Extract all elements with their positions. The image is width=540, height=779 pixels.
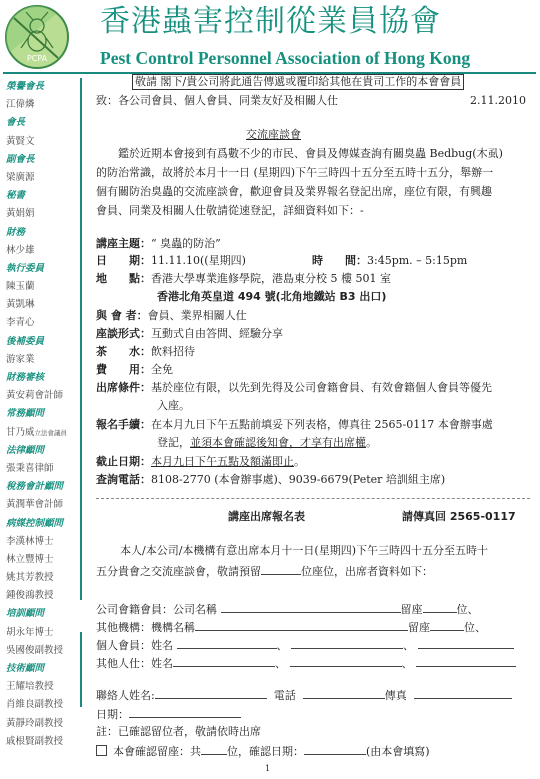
committee-member: 李漢林博士 [6, 533, 80, 551]
company-seats-unit: 位、 [457, 603, 479, 616]
member-name: 胡永年博士 [6, 627, 54, 638]
form-title: 講座出席報名表 [228, 510, 305, 524]
separator: 、 [277, 639, 288, 652]
committee-member: 梁廣源 [6, 169, 80, 187]
individual-name-field-3[interactable] [418, 637, 514, 649]
role-title: 榮譽會長 [6, 81, 44, 92]
format-value: 互動式自由答問、經驗分享 [151, 327, 283, 340]
member-name: 梁廣源 [6, 172, 35, 183]
fee-value: 全免 [151, 363, 173, 376]
member-name: 李青心 [6, 317, 35, 328]
deadline-period: 。 [294, 455, 305, 468]
format-label: 座談形式： [96, 327, 151, 341]
form-intro-line-2-end: 位座位，出席者資料如下： [301, 565, 433, 578]
body-line-3: 個有關防治臭蟲的交流座談會，歡迎會員及業界報名登記出席，座位有限，有興趣 [96, 185, 492, 199]
letter-date: 2.11.2010 [470, 94, 526, 108]
member-name: 陳玉蘭 [6, 281, 35, 292]
committee-member: 江偉燐 [6, 96, 80, 114]
role-title: 法律顧問 [6, 445, 44, 456]
svg-text:PCPA: PCPA [27, 54, 48, 63]
committee-member: 張秉喜律師 [6, 460, 80, 478]
refreshment-value: 飲料招待 [151, 345, 195, 358]
committee-member: 肖維良副教授 [6, 696, 80, 714]
attendees-label: 與 會 者： [96, 309, 148, 323]
fax-back-number: 請傳真回 2565-0117 [402, 510, 516, 524]
other-name-field-3[interactable] [416, 655, 516, 667]
procedure-period: 。 [366, 436, 377, 449]
committee-member: 王耀培教授 [6, 678, 80, 696]
committee-role: 榮譽會長 [6, 78, 80, 96]
role-title: 財務 [6, 227, 25, 238]
member-name: 甘乃威 [6, 427, 35, 438]
procedure-value: 在本月九日下午五點前填妥下列表格，傳真往 2565-0117 本會辦事處 [151, 418, 493, 431]
role-title: 技術顧問 [6, 663, 44, 674]
committee-role: 會長 [6, 114, 80, 132]
committee-member: 游家業 [6, 351, 80, 369]
member-name: 吳國俊副教授 [6, 645, 63, 656]
org-name-field[interactable] [195, 619, 408, 631]
deadline-value: 本月九日下午五點及額滿即止 [151, 455, 294, 468]
fax-field[interactable] [414, 687, 512, 699]
other-person-label: 其他人仕：姓名 [96, 657, 173, 670]
confirmation-label: 本會確認留座：共 [113, 745, 201, 758]
procedure-value-cont: 登記， [157, 436, 190, 449]
time-label: 時 間： [312, 254, 367, 268]
body-line-4: 會員、同業及相關人仕敬請從速登記，詳細資料如下：- [96, 204, 364, 218]
date-value: 11.11.10((星期四) [151, 254, 246, 267]
role-title: 常務顧問 [6, 408, 44, 419]
member-name: 肖維良副教授 [6, 699, 63, 710]
individual-name-field-2[interactable] [291, 637, 403, 649]
role-title: 後補委員 [6, 336, 44, 347]
topic-value: “ 臭蟲的防治” [151, 237, 221, 250]
sidebar-divider-lower [80, 632, 82, 707]
org-seats-label: 留座 [408, 621, 430, 634]
member-name: 游家業 [6, 354, 35, 365]
confirmation-required-note: 並須本會確認後知會，才享有出席權 [190, 436, 366, 449]
confirmation-checkbox[interactable] [96, 745, 107, 756]
committee-role: 培訓顧問 [6, 605, 80, 623]
organization-name-chinese: 香港蟲害控制從業員協會 [100, 4, 441, 40]
contact-name-field[interactable] [155, 687, 267, 699]
time-value: 3:45pm. – 5:15pm [367, 254, 467, 267]
committee-role: 執行委員 [6, 260, 80, 278]
form-intro-line-1: 本人/本公司/本機構有意出席本月十一日(星期四)下午三時四十五分至五時十 [120, 544, 488, 558]
member-name: 黃潤華會計師 [6, 499, 63, 510]
committee-role: 病媒控制顧問 [6, 515, 80, 533]
role-title: 執行委員 [6, 263, 44, 274]
deadline-label: 截止日期： [96, 455, 151, 469]
committee-member: 吳國俊副教授 [6, 642, 80, 660]
contact-name-label: 聯絡人姓名: [96, 689, 155, 702]
role-title: 會長 [6, 117, 25, 128]
committee-member: 甘乃威立法會議員 [6, 424, 80, 442]
venue-address: 香港北角英皇道 494 號(北角地鐵站 B3 出口) [157, 290, 386, 304]
form-date-field[interactable] [129, 706, 241, 718]
office-use-note: (由本會填寫) [366, 745, 430, 758]
company-seats-label: 留座 [401, 603, 423, 616]
phone-label: 電話 [274, 689, 296, 702]
individual-name-field-1[interactable] [177, 637, 277, 649]
committee-member: 黃賢文 [6, 133, 80, 151]
committee-role: 後補委員 [6, 333, 80, 351]
role-title: 培訓顧問 [6, 608, 44, 619]
role-title: 稅務會計顧問 [6, 481, 63, 492]
condition-value: 基於座位有限，以先到先得及公司會籍會員、有效會籍個人會員等優先 [151, 381, 492, 394]
committee-role: 常務顧問 [6, 405, 80, 423]
organization-name-english: Pest Control Personnel Association of Ho… [100, 48, 470, 69]
member-name: 黃賢文 [6, 136, 35, 147]
role-title: 副會長 [6, 154, 35, 165]
forwarding-notice: 敬請 閣下/貴公司將此通告傳遞或覆印給其他在貴司工作的本會會員 [132, 74, 464, 90]
committee-role: 財務審核 [6, 369, 80, 387]
seats-reserved-field[interactable] [261, 563, 301, 575]
committee-member: 黃凱琳 [6, 296, 80, 314]
committee-role: 技術顧問 [6, 660, 80, 678]
separator: 、 [403, 639, 414, 652]
confirmed-seats-field[interactable] [201, 743, 227, 755]
role-title: 秘書 [6, 190, 25, 201]
member-name: 張秉喜律師 [6, 463, 54, 474]
member-name: 林立豐博士 [6, 554, 54, 565]
fee-label: 費 用： [96, 363, 151, 377]
confirmation-date-field[interactable] [304, 743, 366, 755]
recipients: 致：各公司會員、個人會員、同業友好及相關人仕 [96, 94, 338, 108]
other-name-field-1[interactable] [173, 655, 275, 667]
committee-member: 鍾俊鴻教授 [6, 587, 80, 605]
org-seats-unit: 位、 [464, 621, 486, 634]
committee-role: 法律顧問 [6, 442, 80, 460]
procedure-label: 報名手續： [96, 418, 151, 432]
company-name-field[interactable] [221, 601, 401, 613]
member-name: 姚其芳教授 [6, 572, 54, 583]
venue-value: 香港大學專業進修學院，港島東分校 5 樓 501 室 [151, 272, 391, 285]
body-line-1: 鑑於近期本會接到有爲數不少的市民、會員及傳媒查詢有關臭蟲 Bedbug(木虱) [118, 147, 503, 161]
company-seats-field[interactable] [423, 601, 457, 613]
member-name: 王耀培教授 [6, 681, 54, 692]
role-title: 病媒控制顧問 [6, 518, 63, 529]
committee-role: 副會長 [6, 151, 80, 169]
separator: 、 [402, 657, 413, 670]
form-intro-line-2: 五分貴會之交流座談會，敬請預留 [96, 565, 261, 578]
member-name: 林少雄 [6, 245, 35, 256]
condition-value-cont: 入座。 [157, 399, 190, 413]
member-name: 黃娟娟 [6, 208, 35, 219]
committee-member: 陳玉蘭 [6, 278, 80, 296]
body-line-2: 的防治常識，故將於本月十一日 (星期四)下午三時四十五分至五時十五分，舉辦一 [96, 166, 493, 180]
member-title-suffix: 立法會議員 [35, 429, 68, 437]
venue-label: 地 點： [96, 272, 151, 286]
committee-sidebar: 榮譽會長江偉燐會長黃賢文副會長梁廣源秘書黃娟娟財務林少雄執行委員陳玉蘭黃凱琳李青… [6, 78, 80, 751]
condition-label: 出席條件： [96, 381, 151, 395]
member-name: 戚根賢副教授 [6, 736, 63, 747]
member-name: 黃安莉會計師 [6, 390, 63, 401]
committee-role: 稅務會計顧問 [6, 478, 80, 496]
enquiry-label: 查詢電話： [96, 473, 151, 487]
committee-member: 林立豐博士 [6, 551, 80, 569]
confirmation-date-label: 位，確認日期： [227, 745, 304, 758]
pcpa-logo: PCPA [4, 4, 70, 70]
member-name: 李漢林博士 [6, 536, 54, 547]
other-org-label: 其他機構：機構名稱 [96, 621, 195, 634]
committee-role: 財務 [6, 224, 80, 242]
subject: 交流座談會 [246, 128, 301, 142]
company-member-label: 公司會籍會員：公司名稱 [96, 603, 217, 616]
phone-field[interactable] [303, 687, 385, 699]
member-name: 江偉燐 [6, 99, 35, 110]
committee-member: 林少雄 [6, 242, 80, 260]
committee-member: 黃潤華會計師 [6, 496, 80, 514]
separator: 、 [275, 657, 286, 670]
page-number: 1 [265, 764, 270, 773]
org-seats-field[interactable] [430, 619, 464, 631]
date-label: 日 期： [96, 254, 151, 268]
form-date-label: 日期： [96, 708, 129, 721]
committee-member: 李青心 [6, 314, 80, 332]
committee-member: 黃安莉會計師 [6, 387, 80, 405]
committee-member: 姚其芳教授 [6, 569, 80, 587]
committee-member: 胡永年博士 [6, 624, 80, 642]
topic-label: 講座主題： [96, 237, 151, 251]
fax-label: 傳真 [385, 689, 407, 702]
refreshment-label: 茶 水： [96, 345, 151, 359]
attendance-note: 註：已確認留位者，敬請依時出席 [96, 725, 261, 739]
other-name-field-2[interactable] [290, 655, 402, 667]
sidebar-divider-upper [80, 78, 82, 600]
member-name: 黃靜玲副教授 [6, 718, 63, 729]
attendees-value: 會員、業界相關人仕 [148, 309, 247, 322]
role-title: 財務審核 [6, 372, 44, 383]
member-name: 鍾俊鴻教授 [6, 590, 54, 601]
individual-member-label: 個人會員：姓名 [96, 639, 173, 652]
committee-member: 黃娟娟 [6, 205, 80, 223]
cut-line [96, 498, 530, 499]
enquiry-phones: 8108-2770 (本會辦事處)、9039-6679(Peter 培訓組主席) [151, 473, 445, 486]
committee-member: 黃靜玲副教授 [6, 715, 80, 733]
member-name: 黃凱琳 [6, 299, 35, 310]
committee-role: 秘書 [6, 187, 80, 205]
committee-member: 戚根賢副教授 [6, 733, 80, 751]
